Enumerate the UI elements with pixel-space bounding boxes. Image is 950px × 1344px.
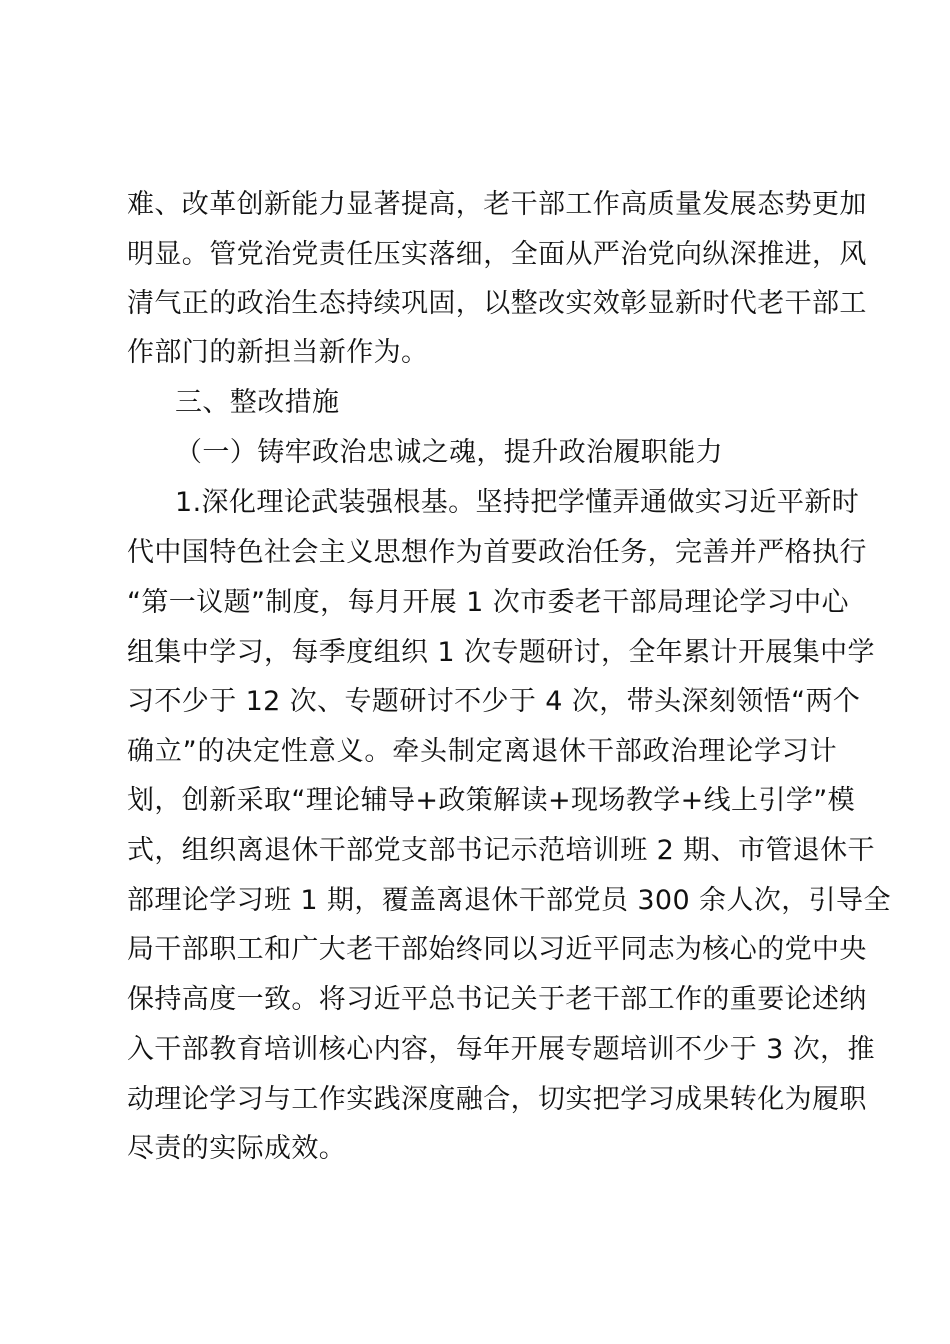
paragraph-line: 组集中学习，每季度组织 1 次专题研讨，全年累计开展集中学 — [127, 635, 837, 671]
paragraph-line: 作部门的新担当新作为。 — [127, 335, 837, 371]
paragraph-line: 确立”的决定性意义。牵头制定离退休干部政治理论学习计 — [127, 734, 837, 770]
paragraph-line: 保持高度一致。将习近平总书记关于老干部工作的重要论述纳 — [127, 982, 837, 1018]
paragraph-line: 式，组织离退休干部党支部书记示范培训班 2 期、市管退休干 — [127, 833, 837, 869]
paragraph-line: 动理论学习与工作实践深度融合，切实把学习成果转化为履职 — [127, 1082, 837, 1118]
paragraph-line: “第一议题”制度，每月开展 1 次市委老干部局理论学习中心 — [127, 585, 837, 621]
paragraph-line: 入干部教育培训核心内容，每年开展专题培训不少于 3 次，推 — [127, 1032, 837, 1068]
section-heading: 三、整改措施 — [175, 385, 837, 421]
paragraph-line: 难、改革创新能力显著提高，老干部工作高质量发展态势更加 — [127, 187, 837, 223]
paragraph-line: 部理论学习班 1 期，覆盖离退休干部党员 300 余人次，引导全 — [127, 883, 837, 919]
paragraph-line: 清气正的政治生态持续巩固，以整改实效彰显新时代老干部工 — [127, 286, 837, 322]
paragraph-line: 尽责的实际成效。 — [127, 1131, 837, 1167]
paragraph-line: 局干部职工和广大老干部始终同以习近平同志为核心的党中央 — [127, 932, 837, 968]
document-page: 难、改革创新能力显著提高，老干部工作高质量发展态势更加 明显。管党治党责任压实落… — [0, 0, 950, 1344]
paragraph-line: 代中国特色社会主义思想作为首要政治任务，完善并严格执行 — [127, 535, 837, 571]
paragraph-line: 明显。管党治党责任压实落细，全面从严治党向纵深推进，风 — [127, 237, 837, 273]
paragraph-line: 习不少于 12 次、专题研讨不少于 4 次，带头深刻领悟“两个 — [127, 684, 837, 720]
paragraph-line: 1.深化理论武装强根基。坚持把学懂弄通做实习近平新时 — [175, 485, 837, 521]
paragraph-line: 划，创新采取“理论辅导+政策解读+现场教学+线上引学”模 — [127, 783, 837, 819]
subsection-heading: （一）铸牢政治忠诚之魂，提升政治履职能力 — [175, 435, 837, 471]
